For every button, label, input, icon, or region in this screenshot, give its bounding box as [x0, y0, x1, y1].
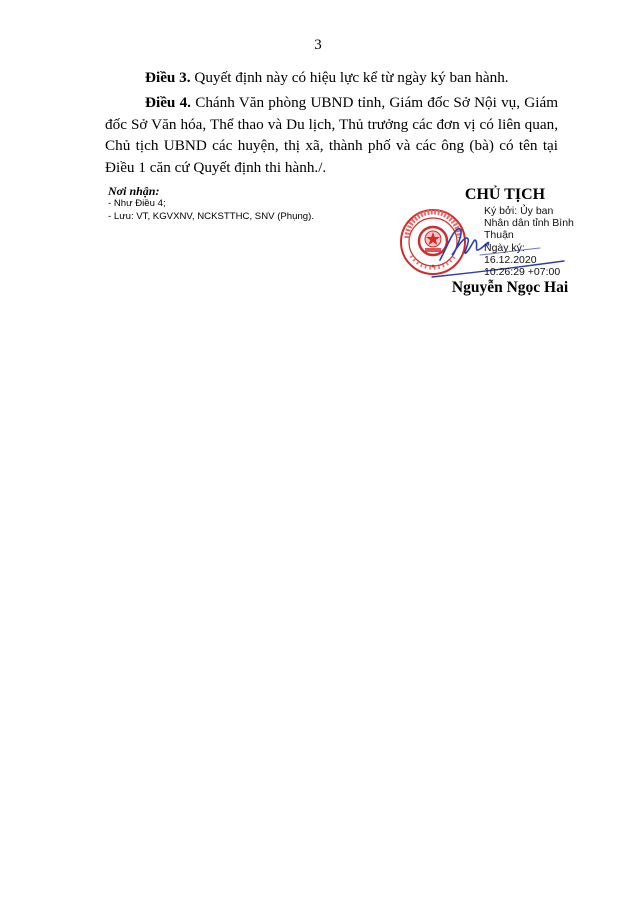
article-3: Điều 3. Quyết định này có hiệu lực kể từ…	[105, 67, 558, 89]
article-4: Điều 4. Chánh Văn phòng UBND tỉnh, Giám …	[105, 92, 558, 178]
recipients-title: Nơi nhận:	[108, 184, 314, 198]
sign-meta-line: Ký bởi: Ủy ban	[484, 205, 574, 217]
recipient-item: - Như Điều 4;	[108, 198, 314, 211]
page-number: 3	[0, 36, 636, 54]
sign-meta-line: Thuận	[484, 229, 574, 241]
article-4-label: Điều 4.	[145, 94, 191, 111]
sign-date: 16.12.2020	[484, 254, 574, 266]
sign-time: 10:26:29 +07:00	[484, 266, 574, 278]
recipients-block: Nơi nhận: - Như Điều 4; - Lưu: VT, KGVXN…	[108, 184, 314, 223]
signer-title: CHỦ TỊCH	[440, 186, 570, 204]
digital-signature-info: Ký bởi: Ủy ban Nhân dân tỉnh Bình Thuận …	[484, 205, 574, 278]
sign-meta-line: Nhân dân tỉnh Bình	[484, 217, 574, 229]
sign-meta-line: Ngày ký:	[484, 242, 574, 254]
recipient-item: - Lưu: VT, KGVXNV, NCKSTTHC, SNV (Phụng)…	[108, 211, 314, 224]
signer-name: Nguyễn Ngọc Hai	[440, 279, 580, 297]
article-3-label: Điều 3.	[145, 69, 191, 86]
article-3-text: Quyết định này có hiệu lực kể từ ngày ký…	[191, 69, 509, 86]
